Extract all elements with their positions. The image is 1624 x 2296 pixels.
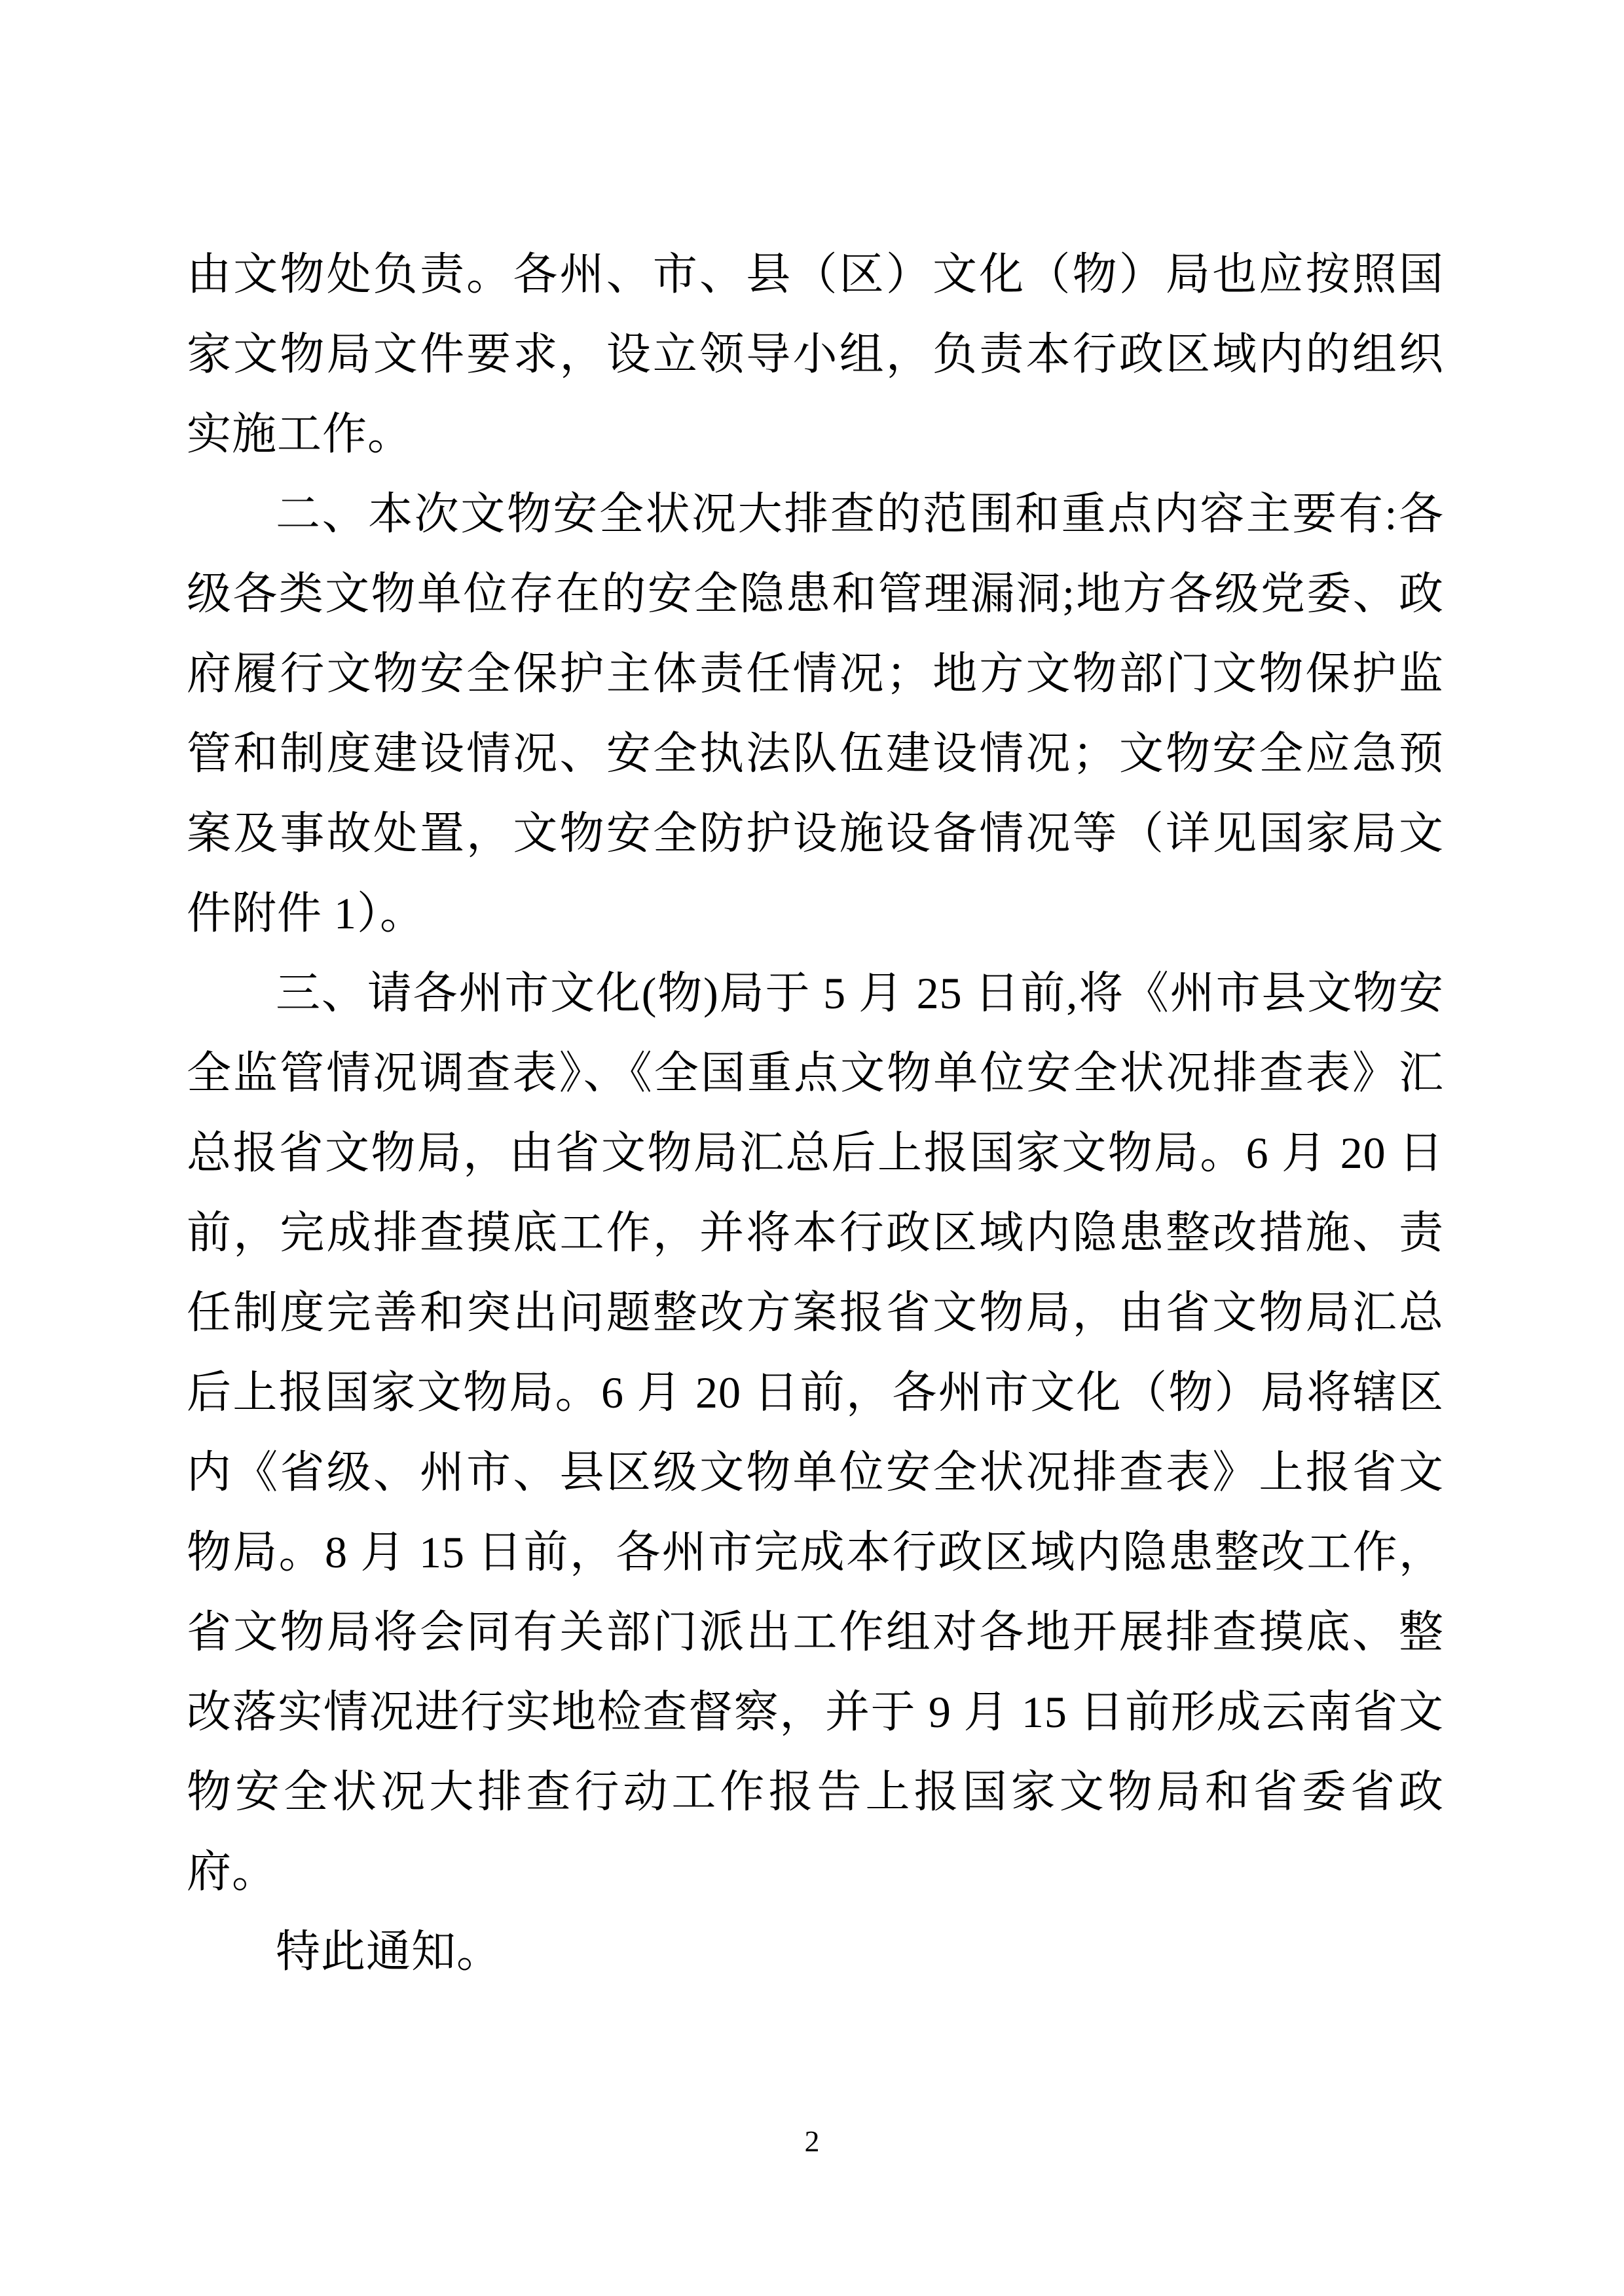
- paragraph-closing-notice: 特此通知。: [187, 1912, 1444, 1992]
- paragraph-section-two: 二、本次文物安全状况大排查的范围和重点内容主要有:各级各类文物单位存在的安全隐患…: [187, 474, 1444, 953]
- paragraph-continuation: 由文物处负责。各州、市、县（区）文化（物）局也应按照国家文物局文件要求，设立领导…: [187, 234, 1444, 474]
- page-number: 2: [0, 2124, 1624, 2159]
- paragraph-section-three: 三、请各州市文化(物)局于 5 月 25 日前,将《州市县文物安全监管情况调查表…: [187, 953, 1444, 1912]
- document-body: 由文物处负责。各州、市、县（区）文化（物）局也应按照国家文物局文件要求，设立领导…: [187, 234, 1444, 1992]
- document-page: 由文物处负责。各州、市、县（区）文化（物）局也应按照国家文物局文件要求，设立领导…: [0, 0, 1624, 2296]
